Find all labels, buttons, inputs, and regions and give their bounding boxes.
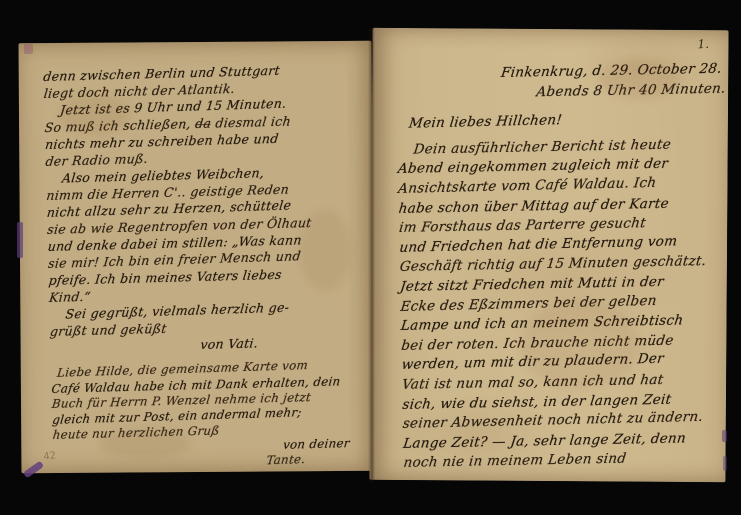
salutation: Mein liebes Hillchen! bbox=[408, 108, 719, 135]
letter-page-left: denn zwischen Berlin und Stuttgart liegt… bbox=[19, 41, 375, 473]
signature-tante: Tante. bbox=[266, 450, 373, 469]
letter-scan-photo: denn zwischen Berlin und Stuttgart liegt… bbox=[0, 0, 741, 515]
letter-page-right: 1. Finkenkrug, d. 29. October 28. Abends… bbox=[369, 28, 728, 482]
signature-vati: von Vati. bbox=[200, 331, 370, 352]
right-page-text-block: Finkenkrug, d. 29. October 28. Abends 8 … bbox=[369, 28, 728, 474]
left-page-text-block: denn zwischen Berlin und Stuttgart liegt… bbox=[19, 41, 375, 473]
dateline-time: Abends 8 Uhr 40 Minuten. bbox=[535, 79, 718, 102]
pencil-archive-number: 42 bbox=[43, 450, 57, 462]
